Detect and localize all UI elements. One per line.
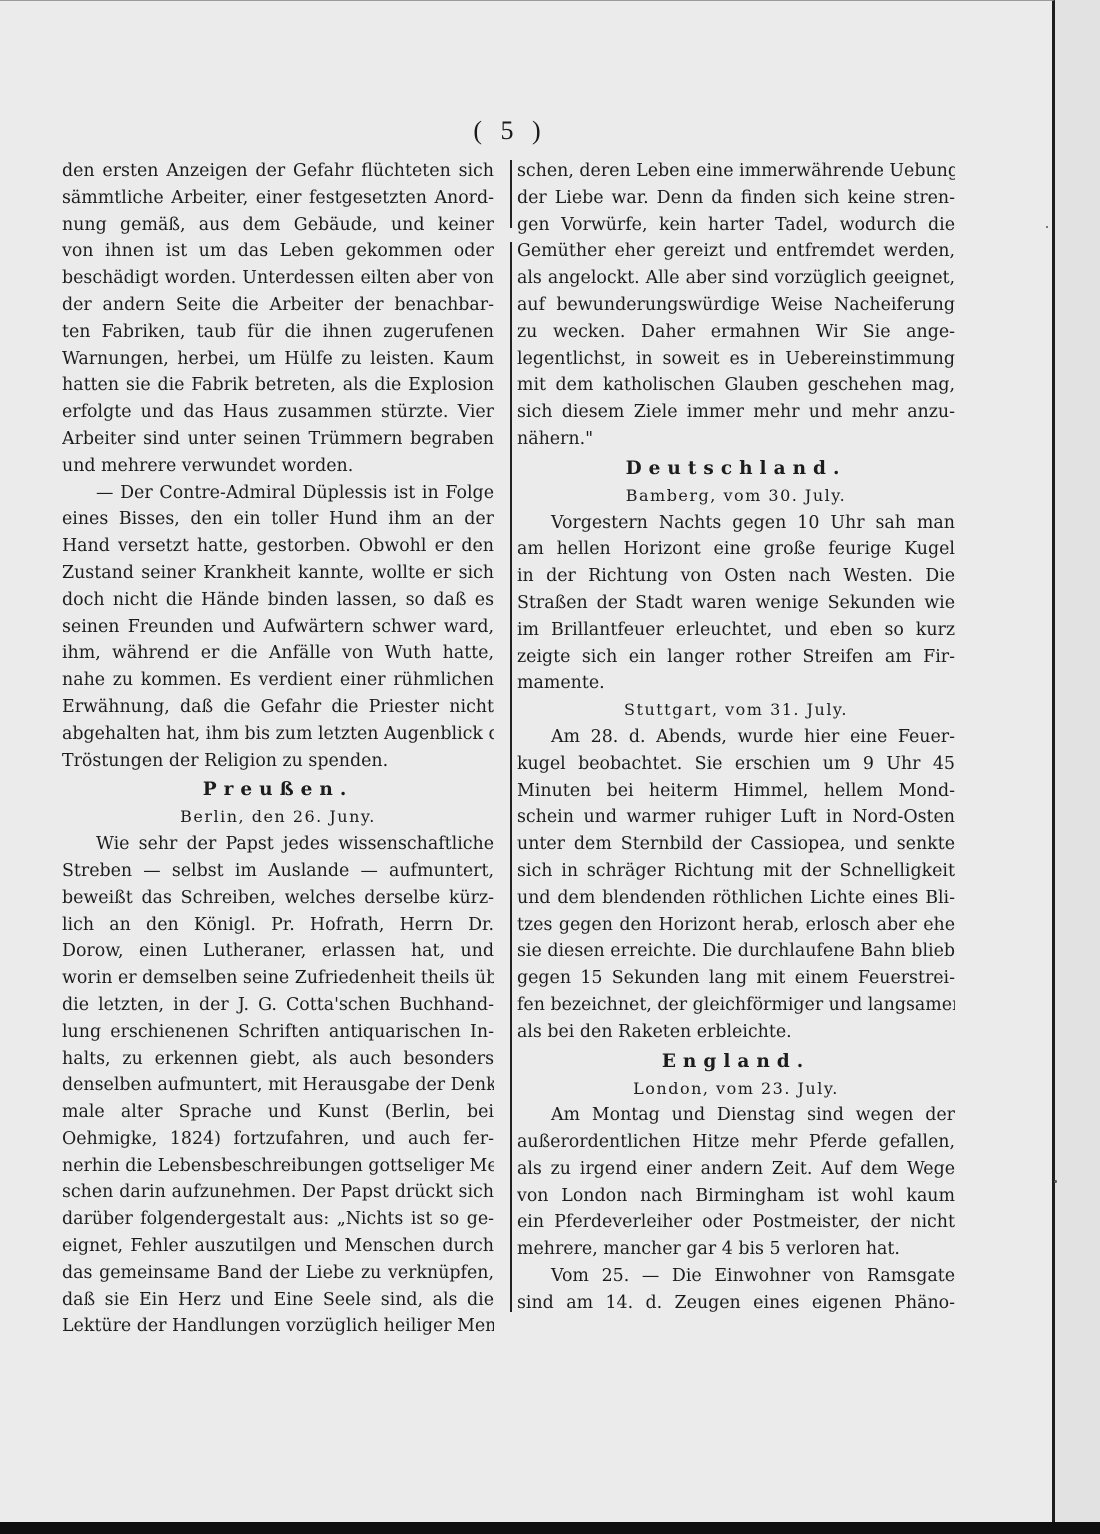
page-number: ( 5 ) [0, 116, 1020, 146]
section-heading: England. [517, 1046, 955, 1076]
text-line: nung gemäß, aus dem Gebäude, und keiner [62, 212, 494, 239]
text-line: zeigte sich ein langer rother Streifen a… [517, 644, 955, 671]
text-line: hatten sie die Fabrik betreten, als die … [62, 372, 494, 399]
text-line: daß sie Ein Herz und Eine Seele sind, al… [62, 1287, 494, 1314]
text-line: ihm, während er die Anfälle von Wuth hat… [62, 640, 494, 667]
text-line: der andern Seite die Arbeiter der benach… [62, 292, 494, 319]
scan-speck [1054, 1180, 1057, 1183]
papal-letter-continuation: schen, deren Leben eine immerwährende Ue… [517, 158, 955, 453]
text-line: worin er demselben seine Zufriedenheit t… [62, 965, 494, 992]
text-line: Tröstungen der Religion zu spenden. [62, 748, 494, 775]
text-line: Lektüre der Handlungen vorzüglich heilig… [62, 1313, 494, 1340]
left-column: den ersten Anzeigen der Gefahr flüchtete… [62, 158, 494, 1340]
text-line: der Liebe war. Denn da finden sich keine… [517, 185, 955, 212]
text-line: Warnungen, herbei, um Hülfe zu leisten. … [62, 346, 494, 373]
paragraph-admiral-report: — Der Contre-Admiral Düplessis ist in Fo… [62, 480, 494, 775]
text-line: Dorow, einen Lutheraner, erlassen hat, u… [62, 938, 494, 965]
text-line: gegen 15 Sekunden lang mit einem Feuerst… [517, 965, 955, 992]
text-line: lich an den Königl. Pr. Hofrath, Herrn D… [62, 912, 494, 939]
section-heading: Preußen. [62, 774, 494, 804]
text-line: und mehrere verwundet worden. [62, 453, 494, 480]
text-line: ein Pferdeverleiher oder Postmeister, de… [517, 1209, 955, 1236]
text-line: nahe zu kommen. Es verdient einer rühmli… [62, 667, 494, 694]
text-line: halts, zu erkennen giebt, als auch beson… [62, 1046, 494, 1073]
text-line: das gemeinsame Band der Liebe zu verknüp… [62, 1260, 494, 1287]
text-line: sich diesem Ziele immer mehr und mehr an… [517, 399, 955, 426]
text-line: lung erschienenen Schriften antiquarisch… [62, 1019, 494, 1046]
text-line: außerordentlichen Hitze mehr Pferde gefa… [517, 1129, 955, 1156]
right-column: schen, deren Leben eine immerwährende Ue… [517, 158, 955, 1317]
text-line: von ihnen ist um das Leben gekommen oder [62, 238, 494, 265]
text-line: sich in schräger Richtung mit der Schnel… [517, 858, 955, 885]
text-line: und dem blendenden röthlichen Lichte ein… [517, 885, 955, 912]
text-line: in der Richtung von Osten nach Westen. D… [517, 563, 955, 590]
text-line: zu wecken. Daher ermahnen Wir Sie ange- [517, 319, 955, 346]
text-line: Erwähnung, daß die Gefahr die Priester n… [62, 694, 494, 721]
text-line: als angelockt. Alle aber sind vorzüglich… [517, 265, 955, 292]
text-line: Vorgestern Nachts gegen 10 Uhr sah man [517, 510, 955, 537]
text-line: schen, deren Leben eine immerwährende Ue… [517, 158, 955, 185]
text-line: als bei den Raketen erbleichte. [517, 1019, 955, 1046]
text-line: Am Montag und Dienstag sind wegen der [517, 1102, 955, 1129]
text-line: von London nach Birmingham ist wohl kaum [517, 1183, 955, 1210]
text-line: Wie sehr der Papst jedes wissenschaftlic… [62, 831, 494, 858]
text-line: Oehmigke, 1824) fortzufahren, und auch f… [62, 1126, 494, 1153]
text-line: tzes gegen den Horizont herab, erlosch a… [517, 912, 955, 939]
text-line: darüber folgendergestalt aus: „Nichts is… [62, 1206, 494, 1233]
text-line: sämmtliche Arbeiter, einer festgesetzten… [62, 185, 494, 212]
section-england: England. London, vom 23. July. Am Montag… [517, 1046, 955, 1317]
text-line: den ersten Anzeigen der Gefahr flüchtete… [62, 158, 494, 185]
text-line: Straßen der Stadt waren wenige Sekunden … [517, 590, 955, 617]
text-line: Streben — selbst im Auslande — aufmunter… [62, 858, 494, 885]
text-line: beschädigt worden. Unterdessen eilten ab… [62, 265, 494, 292]
text-line: beweißt das Schreiben, welches derselbe … [62, 885, 494, 912]
dateline: Berlin, den 26. Juny. [62, 804, 494, 831]
section-heading: Deutschland. [517, 453, 955, 483]
text-line: denselben aufmuntert, mit Herausgabe der… [62, 1072, 494, 1099]
text-line: eignet, Fehler auszutilgen und Menschen … [62, 1233, 494, 1260]
text-line: mit dem katholischen Glauben geschehen m… [517, 372, 955, 399]
text-line: Zustand seiner Krankheit kannte, wollte … [62, 560, 494, 587]
scan-speck [1046, 226, 1048, 228]
section-preussen: Preußen. Berlin, den 26. Juny. Wie sehr … [62, 774, 494, 1340]
text-line: Arbeiter sind unter seinen Trümmern begr… [62, 426, 494, 453]
text-line: erfolgte und das Haus zusammen stürzte. … [62, 399, 494, 426]
text-line: gen Vorwürfe, kein harter Tadel, wodurch… [517, 212, 955, 239]
text-line: abgehalten hat, ihm bis zum letzten Auge… [62, 721, 494, 748]
text-line: kugel beobachtet. Sie erschien um 9 Uhr … [517, 751, 955, 778]
text-line: legentlichst, in soweit es in Uebereinst… [517, 346, 955, 373]
text-line: eines Bisses, den ein toller Hund ihm an… [62, 506, 494, 533]
text-line: fen bezeichnet, der gleichförmiger und l… [517, 992, 955, 1019]
dateline: Stuttgart, vom 31. July. [517, 697, 955, 724]
text-line: schen darin aufzunehmen. Der Papst drück… [62, 1179, 494, 1206]
text-line: am hellen Horizont eine große feurige Ku… [517, 536, 955, 563]
column-divider-gap [508, 228, 514, 242]
text-line: als zu irgend einer andern Zeit. Auf dem… [517, 1156, 955, 1183]
column-divider [510, 160, 512, 1312]
text-line: ten Fabriken, taub für die ihnen zugeruf… [62, 319, 494, 346]
text-line: Minuten bei heiterm Himmel, hellem Mond- [517, 778, 955, 805]
text-line: nerhin die Lebensbeschreibungen gottseli… [62, 1153, 494, 1180]
text-line: Am 28. d. Abends, wurde hier eine Feuer- [517, 724, 955, 751]
text-line: schein und warmer ruhiger Luft in Nord-O… [517, 804, 955, 831]
text-line: unter dem Sternbild der Cassiopea, und s… [517, 831, 955, 858]
dateline: London, vom 23. July. [517, 1076, 955, 1103]
text-line: sind am 14. d. Zeugen eines eigenen Phän… [517, 1290, 955, 1317]
text-line: nähern." [517, 426, 955, 453]
text-line: Vom 25. — Die Einwohner von Ramsgate [517, 1263, 955, 1290]
paragraph-explosion-report: den ersten Anzeigen der Gefahr flüchtete… [62, 158, 494, 480]
text-line: Gemüther eher gereizt und entfremdet wer… [517, 238, 955, 265]
text-line: doch nicht die Hände binden lassen, so d… [62, 587, 494, 614]
text-line: Hand versetzt hatte, gestorben. Obwohl e… [62, 533, 494, 560]
text-line: — Der Contre-Admiral Düplessis ist in Fo… [62, 480, 494, 507]
text-line: male alter Sprache und Kunst (Berlin, be… [62, 1099, 494, 1126]
scan-bottom-border [0, 1522, 1100, 1534]
text-line: mehrere, mancher gar 4 bis 5 verloren ha… [517, 1236, 955, 1263]
text-line: mamente. [517, 670, 955, 697]
text-line: seinen Freunden und Aufwärtern schwer wa… [62, 614, 494, 641]
page-edge-strip [1055, 0, 1100, 1522]
section-deutschland: Deutschland. Bamberg, vom 30. July. Vorg… [517, 453, 955, 1046]
text-line: sie diesen erreichte. Die durchlaufene B… [517, 938, 955, 965]
dateline: Bamberg, vom 30. July. [517, 483, 955, 510]
text-line: im Brillantfeuer erleuchtet, und eben so… [517, 617, 955, 644]
text-line: die letzten, in der J. G. Cotta'schen Bu… [62, 992, 494, 1019]
text-line: auf bewunderungswürdige Weise Nacheiferu… [517, 292, 955, 319]
